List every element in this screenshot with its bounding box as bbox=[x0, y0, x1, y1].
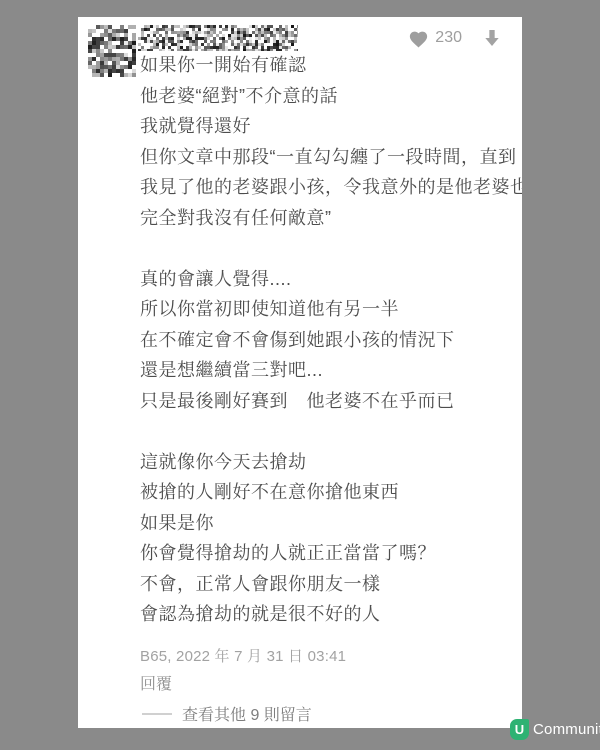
user-avatar-pixelated[interactable] bbox=[88, 25, 136, 77]
comment-line bbox=[140, 233, 522, 264]
comment-line: 這就像你今天去搶劫 bbox=[140, 447, 522, 478]
comment-line: 他老婆“絕對”不介意的話 bbox=[140, 81, 522, 112]
reply-button[interactable]: 回覆 bbox=[140, 671, 172, 694]
comment-line: 如果你一開始有確認 bbox=[140, 50, 522, 81]
comment-line: 完全對我沒有任何敵意” bbox=[140, 203, 522, 234]
divider-line bbox=[142, 713, 172, 715]
view-more-label: 查看其他 9 則留言 bbox=[182, 702, 312, 725]
view-more-comments[interactable]: 查看其他 9 則留言 bbox=[142, 702, 312, 725]
comment-line: 但你文章中那段“一直勾勾纏了一段時間，直到 bbox=[140, 142, 522, 173]
comment-line: 真的會讓人覺得.... bbox=[140, 264, 522, 295]
ucommunity-logo-icon: U bbox=[510, 719, 529, 740]
page-background: 230 如果你一開始有確認他老婆“絕對”不介意的話我就覺得還好但你文章中那段“一… bbox=[0, 0, 600, 750]
like-count: 230 bbox=[435, 29, 462, 47]
comment-line bbox=[140, 416, 522, 447]
logo-letter: U bbox=[515, 722, 524, 737]
heart-icon[interactable] bbox=[408, 29, 429, 48]
comment-line: 你會覺得搶劫的人就正正當當了嗎？ bbox=[140, 538, 522, 569]
comment-timestamp: B65, 2022 年 7 月 31 日 03:41 bbox=[140, 645, 346, 666]
comment-line: 在不確定會不會傷到她跟小孩的情況下 bbox=[140, 325, 522, 356]
comment-card: 230 如果你一開始有確認他老婆“絕對”不介意的話我就覺得還好但你文章中那段“一… bbox=[78, 17, 522, 728]
comment-line: 還是想繼續當三對吧... bbox=[140, 355, 522, 386]
comment-line: 我就覺得還好 bbox=[140, 111, 522, 142]
down-arrow-icon[interactable] bbox=[484, 28, 500, 48]
comment-text: 如果你一開始有確認他老婆“絕對”不介意的話我就覺得還好但你文章中那段“一直勾勾纏… bbox=[140, 50, 522, 630]
engagement-bar: 230 bbox=[408, 28, 500, 48]
comment-line: 會認為搶劫的就是很不好的人 bbox=[140, 599, 522, 630]
comment-line: 我見了他的老婆跟小孩，令我意外的是他老婆也 bbox=[140, 172, 522, 203]
comment-line: 被搶的人剛好不在意你搶他東西 bbox=[140, 477, 522, 508]
comment-line: 只是最後剛好賽到 他老婆不在乎而已 bbox=[140, 386, 522, 417]
ucommunity-logo-text: Community bbox=[533, 721, 600, 738]
ucommunity-watermark: U Community bbox=[510, 719, 600, 740]
comment-line: 如果是你 bbox=[140, 508, 522, 539]
comment-line: 所以你當初即使知道他有另一半 bbox=[140, 294, 522, 325]
comment-line: 不會，正常人會跟你朋友一樣 bbox=[140, 569, 522, 600]
username-pixelated[interactable] bbox=[138, 25, 298, 51]
